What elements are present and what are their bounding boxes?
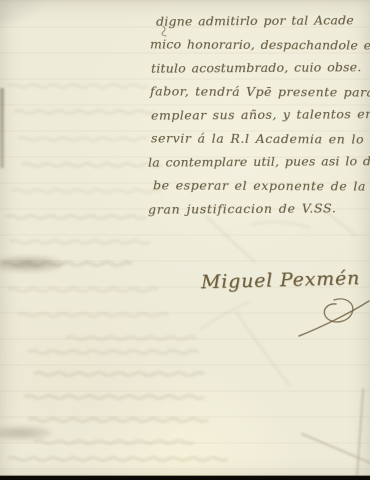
bleedthrough-line (250, 222, 310, 228)
scanned-document: digne admitirlo por tal Acade mico honor… (0, 0, 370, 480)
corner-shadow (0, 0, 68, 25)
manuscript-line: emplear sus años, y talentos en (151, 102, 368, 127)
bleedthrough-line (8, 458, 228, 461)
bleedthrough-line (28, 419, 208, 422)
ink-smudge (0, 426, 52, 440)
manuscript-line: digne admitirlo por tal Acade (156, 8, 368, 33)
bleedthrough-line (236, 312, 290, 386)
ink-smudge (0, 256, 64, 272)
bleedthrough-line (28, 351, 198, 354)
bleedthrough-line (8, 289, 158, 292)
bleedthrough-line (66, 337, 196, 340)
bleedthrough-line (205, 215, 255, 262)
bleedthrough-line (34, 441, 194, 444)
manuscript-line: servir á la R.l Academia en lo q̃ (151, 126, 368, 151)
scan-edge-strip (0, 476, 370, 480)
fold-crease-mark (0, 88, 4, 168)
bleedthrough-line (18, 138, 148, 141)
bleedthrough-line (10, 241, 150, 244)
manuscript-line: fabor, tendrá Vpē presente para (150, 79, 368, 104)
bleedthrough-line (24, 396, 204, 399)
bleedthrough-line (22, 164, 162, 167)
manuscript-line: be esperar el exponente de la (153, 173, 368, 198)
bleedthrough-line (34, 373, 204, 376)
manuscript-line: gran justificacion de V.SS. (148, 196, 368, 221)
bleedthrough-line (14, 111, 154, 114)
bleedthrough-line (200, 302, 250, 330)
bleedthrough-line (12, 190, 162, 193)
bleedthrough-line (6, 216, 146, 219)
manuscript-line: titulo acostumbrado, cuio obse. (151, 55, 368, 80)
signature: Miguel Pexmén (201, 267, 370, 293)
bleedthrough-line (8, 85, 148, 88)
bleedthrough-line (18, 314, 168, 317)
manuscript-text-block: digne admitirlo por tal Acade mico honor… (148, 9, 368, 221)
paper-crease (356, 388, 364, 480)
manuscript-line: la contemplare util, pues asi lo de (148, 149, 368, 174)
manuscript-line: mico honorario, despachandole el (150, 32, 368, 57)
